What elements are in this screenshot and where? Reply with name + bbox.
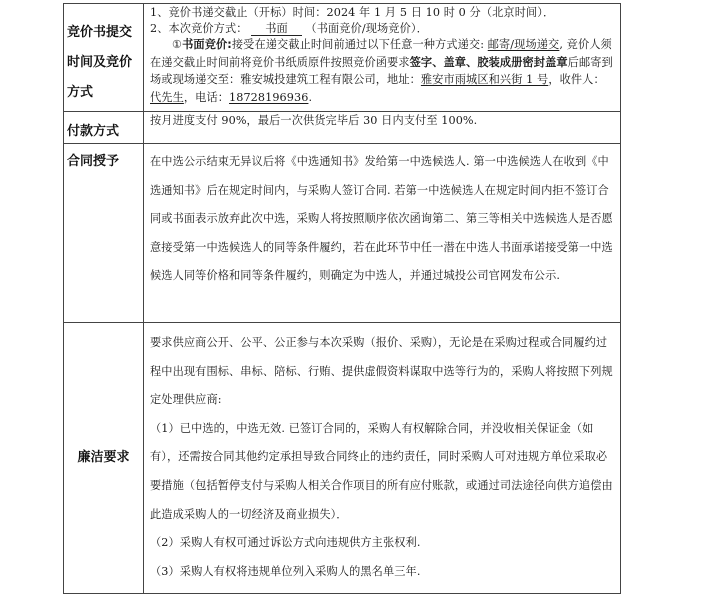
phone-number: 18728196936: [229, 91, 308, 104]
payment-terms: 按月进度支付 90%，最后一次供货完毕后 30 日内支付至 100%.: [144, 112, 620, 129]
address: 雅安市雨城区和兴街 1 号: [421, 73, 548, 86]
content-cell: 按月进度支付 90%，最后一次供货完毕后 30 日内支付至 100%.: [144, 112, 621, 144]
recipient: 代先生: [150, 91, 184, 104]
row-bid-submission: 竞价书提交 时间及竞价 方式 1、竞价书递交截止（开标）时间：2024 年 1 …: [64, 4, 621, 112]
label-cell: 合同授予: [64, 144, 144, 323]
bid-method-options: （书面竞价/现场竞价）．: [305, 22, 427, 35]
label-line: 竞价书提交: [67, 18, 143, 48]
text: ，电话：: [184, 91, 229, 104]
label-line: 时间及竞价: [67, 48, 143, 78]
label-line: 方式: [67, 78, 143, 108]
integrity-intro: 要求供应商公开、公平、公正参与本次采购（报价、采购），无论是在采购过程或合同履约…: [150, 329, 616, 415]
payment-label: 付款方式: [64, 112, 143, 140]
written-bid-heading: 书面竞价:: [182, 38, 232, 51]
text: ，收件人：: [548, 73, 604, 86]
row-contract-award: 合同授予 在中选公示结束无异议后将《中选通知书》发给第一中选候选人. 第一中选候…: [64, 144, 621, 323]
deadline-line: 1、竞价书递交截止（开标）时间：2024 年 1 月 5 日 10 时 0 分（…: [150, 5, 616, 21]
sealing-requirements: 签字、盖章、胶装成册密封盖章: [410, 56, 568, 69]
label-cell: 付款方式: [64, 112, 144, 144]
integrity-rule-3: （3）采购人有权将违规单位列入采购人的黑名单三年.: [150, 558, 616, 587]
content-cell: 在中选公示结束无异议后将《中选通知书》发给第一中选候选人. 第一中选候选人在收到…: [144, 144, 621, 323]
delivery-methods: 邮寄/现场递交: [488, 38, 560, 51]
content-cell: 1、竞价书递交截止（开标）时间：2024 年 1 月 5 日 10 时 0 分（…: [144, 4, 621, 112]
contract-award-label: 合同授予: [64, 144, 143, 170]
bid-method-prefix: 2、本次竞价方式：: [150, 22, 248, 35]
written-bid-paragraph: ①书面竞价:接受在递交截止时间前通过以下任意一种方式递交: 邮寄/现场递交, 竞…: [150, 36, 616, 106]
row-payment: 付款方式 按月进度支付 90%，最后一次供货完毕后 30 日内支付至 100%.: [64, 112, 621, 144]
contract-award-text: 在中选公示结束无异议后将《中选通知书》发给第一中选候选人. 第一中选候选人在收到…: [144, 144, 620, 291]
text: .: [308, 91, 312, 104]
label-cell: 廉洁要求: [64, 323, 144, 594]
procurement-terms-table: 竞价书提交 时间及竞价 方式 1、竞价书递交截止（开标）时间：2024 年 1 …: [63, 3, 621, 594]
integrity-rule-1: （1）已中选的，中选无效. 已签订合同的，采购人有权解除合同，并没收相关保证金（…: [150, 415, 616, 529]
text: 接受在递交截止时间前通过以下任意一种方式递交:: [232, 38, 488, 51]
content-cell: 要求供应商公开、公平、公正参与本次采购（报价、采购），无论是在采购过程或合同履约…: [144, 323, 621, 594]
bid-method-line: 2、本次竞价方式： 书面 （书面竞价/现场竞价）．: [150, 21, 616, 37]
integrity-rule-2: （2）采购人有权可通过诉讼方式向违规供方主张权利.: [150, 529, 616, 558]
integrity-label: 廉洁要求: [64, 450, 143, 466]
circled-one-bullet: ①: [172, 38, 182, 51]
row-integrity: 廉洁要求 要求供应商公开、公平、公正参与本次采购（报价、采购），无论是在采购过程…: [64, 323, 621, 594]
label-cell: 竞价书提交 时间及竞价 方式: [64, 4, 144, 112]
bid-method-value: 书面: [251, 22, 302, 36]
